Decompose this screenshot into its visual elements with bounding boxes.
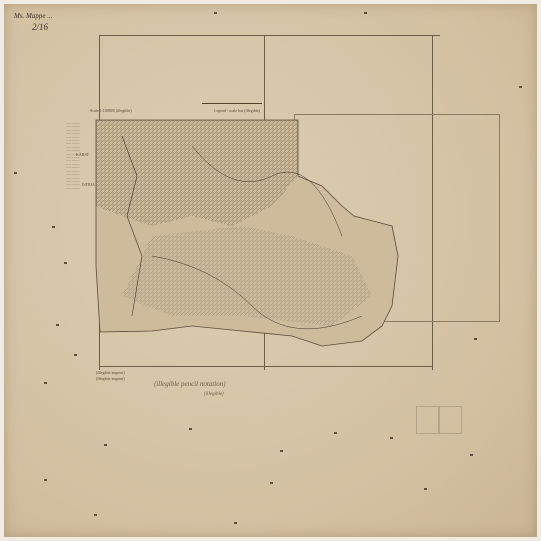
topographic-map: [92, 116, 402, 366]
scale-bar: [202, 103, 262, 106]
place-mark: [270, 482, 273, 484]
index-box-2: [438, 406, 462, 434]
imprint-line-2: (illegible imprint): [96, 376, 125, 381]
place-mark: [519, 86, 522, 88]
grid-line-bottom: [99, 366, 432, 367]
pencil-annotation-2: (illegible): [204, 392, 224, 397]
handwritten-note: Ms. Mappe ...: [14, 12, 53, 20]
map-sheet: Ms. Mappe ... 2/16 Scale 1:100000 (illeg…: [4, 4, 537, 537]
grid-line-top: [99, 35, 440, 36]
header-title: Scale 1:100000 (illegible): [90, 108, 132, 113]
place-mark: [44, 479, 47, 481]
place-mark: [64, 262, 67, 264]
place-mark: [424, 488, 427, 490]
handwritten-sheet-number: 2/16: [32, 22, 48, 32]
imprint-line-1: (illegible imprint): [96, 370, 125, 375]
place-mark: [189, 428, 192, 430]
place-mark: [44, 382, 47, 384]
place-mark: [214, 12, 217, 14]
index-box-1: [416, 406, 440, 434]
place-mark: [474, 338, 477, 340]
place-mark: [390, 437, 393, 439]
place-mark: [104, 444, 107, 446]
place-mark: [234, 522, 237, 524]
place-mark: [56, 324, 59, 326]
place-mark: [74, 354, 77, 356]
place-mark: [364, 12, 367, 14]
place-mark: [470, 454, 473, 456]
place-mark: [14, 172, 17, 174]
region-label-2: ISTRIA: [82, 182, 95, 187]
place-mark: [334, 432, 337, 434]
place-mark: [280, 450, 283, 452]
place-mark: [52, 226, 55, 228]
header-scale: Legend / scale bar (illegible): [214, 108, 260, 113]
region-label-1: KARST: [76, 152, 89, 157]
pencil-annotation: (illegible pencil notation): [154, 380, 226, 388]
place-mark: [94, 514, 97, 516]
